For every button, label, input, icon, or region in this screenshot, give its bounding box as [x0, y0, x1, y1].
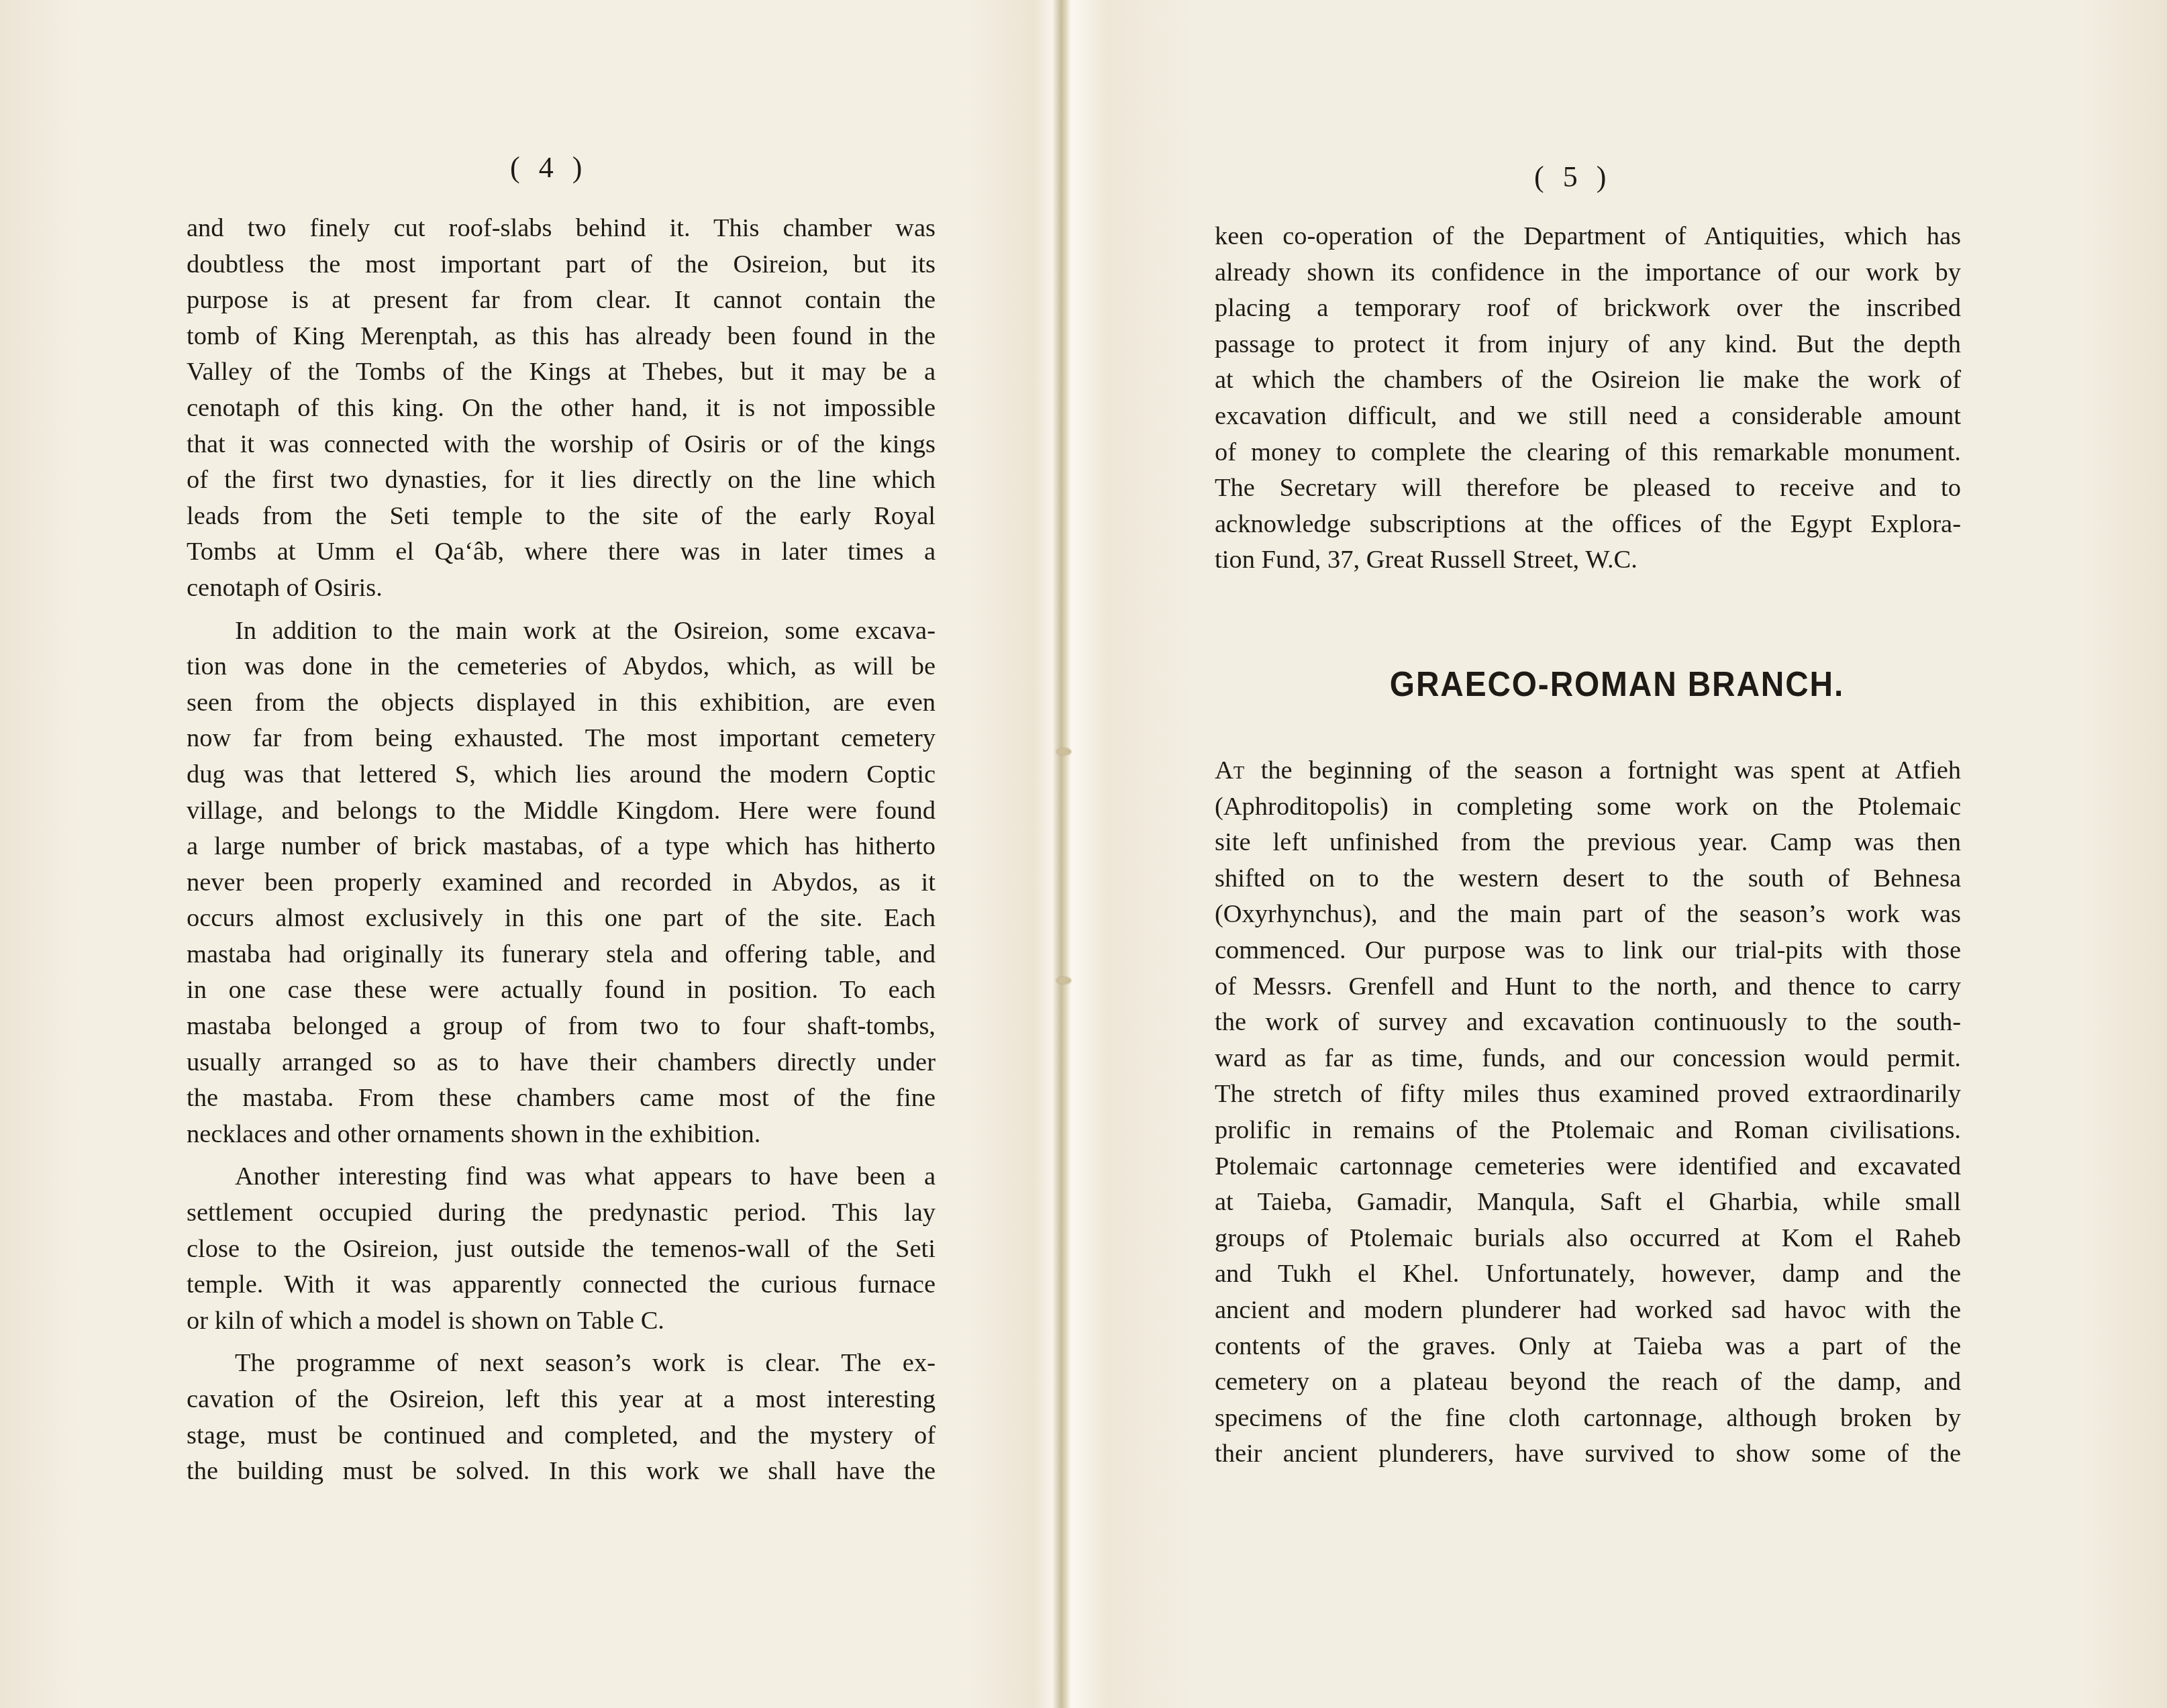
- text-line: at which the chambers of the Osireion li…: [1215, 362, 1961, 399]
- text-line: close to the Osireion, just outside the …: [187, 1232, 936, 1268]
- text-line: the work of survey and excavation contin…: [1215, 1005, 1961, 1041]
- page-number: ( 4 ): [510, 150, 583, 185]
- text-line: and Tukh el Khel. Unfortunately, however…: [1215, 1256, 1961, 1293]
- text-column: and two finely cut roof-slabs behind it.…: [187, 211, 936, 1490]
- text-line: already shown its confidence in the impo…: [1215, 255, 1961, 291]
- left-page: ( 4 ) and two finely cut roof-slabs behi…: [0, 0, 1062, 1708]
- text-line: keen co-operation of the Department of A…: [1215, 219, 1961, 255]
- opening-word: At: [1215, 756, 1244, 785]
- text-line: specimens of the fine cloth cartonnage, …: [1215, 1401, 1961, 1437]
- text-line: Ptolemaic cartonnage cemeteries were ide…: [1215, 1149, 1961, 1185]
- text-column-continuation: keen co-operation of the Department of A…: [1215, 219, 1961, 579]
- text-line: passage to protect it from injury of any…: [1215, 327, 1961, 363]
- text-line: shifted on to the western desert to the …: [1215, 861, 1961, 897]
- text-line: placing a temporary roof of brickwork ov…: [1215, 291, 1961, 327]
- text-line: contents of the graves. Only at Taieba w…: [1215, 1329, 1961, 1365]
- text-line: the building must be solved. In this wor…: [187, 1454, 936, 1490]
- text-line: acknowledge subscriptions at the offices…: [1215, 507, 1961, 543]
- text-line: now far from being exhausted. The most i…: [187, 721, 936, 757]
- text-line: village, and belongs to the Middle Kingd…: [187, 793, 936, 830]
- paragraph: In addition to the main work at the Osir…: [187, 613, 936, 1153]
- paragraph: Another interesting find was what appear…: [187, 1159, 936, 1339]
- text-line: leads from the Seti temple to the site o…: [187, 499, 936, 535]
- text-line: of money to complete the clearing of thi…: [1215, 435, 1961, 471]
- text-line: in one case these were actually found in…: [187, 972, 936, 1009]
- text-line: groups of Ptolemaic burials also occurre…: [1215, 1221, 1961, 1257]
- text-line: their ancient plunderers, have survived …: [1215, 1436, 1961, 1472]
- text-line: necklaces and other ornaments shown in t…: [187, 1117, 936, 1153]
- text-line: Valley of the Tombs of the Kings at Theb…: [187, 354, 936, 391]
- text-line: stage, must be continued and completed, …: [187, 1418, 936, 1454]
- text-line: of the first two dynasties, for it lies …: [187, 462, 936, 499]
- text-line: Tombs at Umm el Qa‘âb, where there was i…: [187, 534, 936, 570]
- text-line: or kiln of which a model is shown on Tab…: [187, 1303, 936, 1340]
- paragraph: and two finely cut roof-slabs behind it.…: [187, 211, 936, 607]
- text-line: cenotaph of Osiris.: [187, 570, 936, 607]
- text-line: a large number of brick mastabas, of a t…: [187, 829, 936, 865]
- text-line: of Messrs. Grenfell and Hunt to the nort…: [1215, 969, 1961, 1005]
- text-line: never been properly examined and recorde…: [187, 865, 936, 901]
- text-line: cavation of the Osireion, left this year…: [187, 1382, 936, 1418]
- text-column-section: At the beginning of the season a fortnig…: [1215, 753, 1961, 1472]
- right-page: ( 5 ) keen co-operation of the Departmen…: [1067, 0, 2167, 1708]
- text-line: the mastaba. From these chambers came mo…: [187, 1081, 936, 1117]
- text-line: site left unfinished from the previous y…: [1215, 825, 1961, 861]
- text-line: doubtless the most important part of the…: [187, 247, 936, 283]
- text-line: occurs almost exclusively in this one pa…: [187, 901, 936, 937]
- text-line: cenotaph of this king. On the other hand…: [187, 391, 936, 427]
- text-line: ward as far as time, funds, and our conc…: [1215, 1041, 1961, 1077]
- text-line: Another interesting find was what appear…: [187, 1159, 936, 1195]
- text-line: settlement occupied during the predynast…: [187, 1195, 936, 1232]
- text-line: In addition to the main work at the Osir…: [187, 613, 936, 650]
- text-line: at Taieba, Gamadir, Manqula, Saft el Gha…: [1215, 1185, 1961, 1221]
- text-line: mastaba had originally its funerary stel…: [187, 937, 936, 973]
- text-line: cemetery on a plateau beyond the reach o…: [1215, 1364, 1961, 1401]
- section-heading: GRAECO-ROMAN BRANCH.: [1111, 664, 2123, 705]
- text-line: usually arranged so as to have their cha…: [187, 1045, 936, 1081]
- text-line: dug was that lettered S, which lies arou…: [187, 757, 936, 793]
- text-line: The programme of next season’s work is c…: [187, 1346, 936, 1382]
- text-line: At the beginning of the season a fortnig…: [1215, 753, 1961, 789]
- text-line: mastaba belonged a group of from two to …: [187, 1009, 936, 1045]
- text-line: temple. With it was apparently connected…: [187, 1267, 936, 1303]
- text-line: excavation difficult, and we still need …: [1215, 399, 1961, 435]
- text-line: ancient and modern plunderer had worked …: [1215, 1293, 1961, 1329]
- text-line: and two finely cut roof-slabs behind it.…: [187, 211, 936, 247]
- text-line: tomb of King Merenptah, as this has alre…: [187, 319, 936, 355]
- text-line: purpose is at present far from clear. It…: [187, 283, 936, 319]
- text-line: The Secretary will therefore be pleased …: [1215, 470, 1961, 507]
- text-line: (Oxyrhynchus), and the main part of the …: [1215, 897, 1961, 933]
- text-line: tion was done in the cemeteries of Abydo…: [187, 649, 936, 685]
- text-line: prolific in remains of the Ptolemaic and…: [1215, 1113, 1961, 1149]
- text-line: tion Fund, 37, Great Russell Street, W.C…: [1215, 542, 1961, 579]
- text-line: seen from the objects displayed in this …: [187, 685, 936, 721]
- paragraph: The programme of next season’s work is c…: [187, 1346, 936, 1489]
- text-line: that it was connected with the worship o…: [187, 427, 936, 463]
- text-line: The stretch of fifty miles thus examined…: [1215, 1076, 1961, 1113]
- text-line: (Aphroditopolis) in completing some work…: [1215, 789, 1961, 825]
- text-line: commenced. Our purpose was to link our t…: [1215, 933, 1961, 969]
- page-number: ( 5 ): [1534, 160, 1607, 194]
